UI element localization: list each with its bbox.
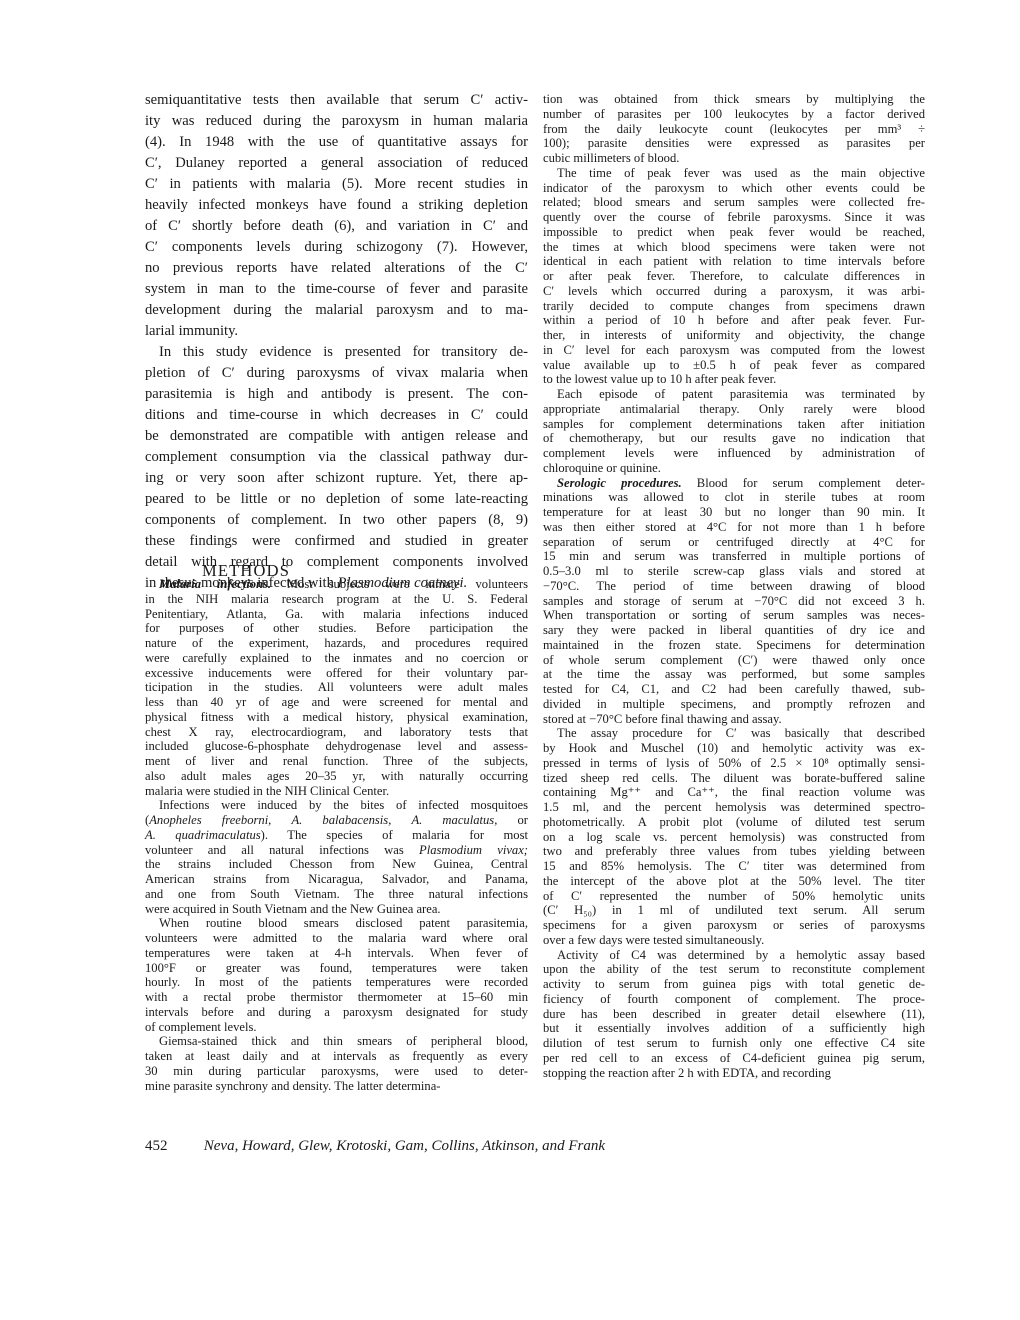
text-line: malaria were studied in the NIH Clinical…	[145, 784, 528, 799]
text-line: When transportation or sorting of serum …	[543, 608, 925, 623]
text-line: semiquantitative tests then available th…	[145, 90, 528, 111]
text-line: in the NIH malaria research program at t…	[145, 592, 528, 607]
text-line: tion was obtained from thick smears by m…	[543, 92, 925, 107]
text-line: temperature for at least 30 but no longe…	[543, 505, 925, 520]
run-in-heading: Malaria infections.	[159, 577, 271, 591]
text-line: of whole serum complement (C′) were thaw…	[543, 653, 925, 668]
text-line: of C′ shortly before death (6), and vari…	[145, 216, 528, 237]
text-line: volunteer and all natural infections was…	[145, 843, 528, 858]
text-line: of complement levels.	[145, 1020, 528, 1035]
left-column-methods: Malaria infections. Most subjects were i…	[145, 577, 528, 1093]
text-line: complement levels were influenced by adm…	[543, 446, 925, 461]
text-line: ity was reduced during the paroxysm in h…	[145, 111, 528, 132]
text-line: Serologic procedures. Blood for serum co…	[543, 476, 925, 491]
paragraph: Infections were induced by the bites of …	[145, 798, 528, 916]
text-line: volunteers were admitted to the malaria …	[145, 931, 528, 946]
text-line: related; blood smears and serum samples …	[543, 195, 925, 210]
text-line: to the lowest value up to 10 h after pea…	[543, 372, 925, 387]
text-line: 15 and 85% hemolysis. The C′ titer was d…	[543, 859, 925, 874]
text-line: In this study evidence is presented for …	[145, 342, 528, 363]
left-column-intro: semiquantitative tests then available th…	[145, 90, 528, 594]
text-line: appropriate antimalarial therapy. Only r…	[543, 402, 925, 417]
text-line: less than 40 yr of age and were screened…	[145, 695, 528, 710]
text-line: per red cell to an excess of C4-deficien…	[543, 1051, 925, 1066]
text-line: value available up to ±0.5 h of peak fev…	[543, 358, 925, 373]
text-line: mine parasite synchrony and density. The…	[145, 1079, 528, 1094]
text-line: ticipation in the studies. All volunteer…	[145, 680, 528, 695]
text-line: indicator of the paroxysm to which other…	[543, 181, 925, 196]
text-line: chloroquine or quinine.	[543, 461, 925, 476]
paragraph: Activity of C4 was determined by a hemol…	[543, 948, 925, 1081]
text-line: C′, Dulaney reported a general associati…	[145, 153, 528, 174]
text-line: 100°F or greater was found, temperatures…	[145, 961, 528, 976]
text-line: were carefully explained to the inmates …	[145, 651, 528, 666]
text-line: system in man to the time-course of feve…	[145, 279, 528, 300]
text-line: nature of the experiment, hazards, and p…	[145, 636, 528, 651]
text-line: stored at −70°C before final thawing and…	[543, 712, 925, 727]
text-line: dilution of test serum to furnish only o…	[543, 1036, 925, 1051]
run-in-heading: Serologic procedures.	[557, 476, 682, 490]
text-line: but it essentially involves addition of …	[543, 1021, 925, 1036]
text-line: ing or very soon after schizont rupture.…	[145, 468, 528, 489]
text-line: tized sheep red cells. The diluent was b…	[543, 771, 925, 786]
text-line: components of complement. In two other p…	[145, 510, 528, 531]
text-line: on a log scale vs. percent hemolysis) wa…	[543, 830, 925, 845]
text-line: heavily infected monkeys have found a st…	[145, 195, 528, 216]
paragraph: When routine blood smears disclosed pate…	[145, 916, 528, 1034]
text-line: sary they were packed in liberal quantit…	[543, 623, 925, 638]
page-footer: 452 Neva, Howard, Glew, Krotoski, Gam, C…	[145, 1138, 605, 1155]
text-line: impossible to predict when peak fever wo…	[543, 225, 925, 240]
text-line: chest X ray, electrocardiogram, and labo…	[145, 725, 528, 740]
text-line: physical fitness with a medical history,…	[145, 710, 528, 725]
text-line: 1.5 ml, and the percent hemolysis was de…	[543, 800, 925, 815]
text-line: with a rectal probe thermistor thermomet…	[145, 990, 528, 1005]
text-line: upon the ability of the test serum to re…	[543, 962, 925, 977]
text-line: for purposes of other studies. Before pa…	[145, 621, 528, 636]
text-line: ditions and time-course in which decreas…	[145, 405, 528, 426]
text-line: complement consumption via the classical…	[145, 447, 528, 468]
text-line: specimens for a given paroxysm or series…	[543, 918, 925, 933]
text-line: American strains from Nicaragua, Salvado…	[145, 872, 528, 887]
text-line: The assay procedure for C′ was basically…	[543, 726, 925, 741]
text-line: Each episode of patent parasitemia was t…	[543, 387, 925, 402]
paragraph: semiquantitative tests then available th…	[145, 90, 528, 342]
text-line: quently over the course of febrile parox…	[543, 210, 925, 225]
text-line: separation of serum or centrifuged direc…	[543, 535, 925, 550]
text-line: containing Mg⁺⁺ and Ca⁺⁺, the final reac…	[543, 785, 925, 800]
text-line: also adult males ages 20–35 yr, with nat…	[145, 769, 528, 784]
text-line: 100); parasite densities were expressed …	[543, 136, 925, 151]
text-line: from the daily leukocyte count (leukocyt…	[543, 122, 925, 137]
text-line: maintained in the frozen state. Specimen…	[543, 638, 925, 653]
text-line: The time of peak fever was used as the m…	[543, 166, 925, 181]
text-line: the strains included Chesson from New Gu…	[145, 857, 528, 872]
text-line: stopping the reaction after 2 h with EDT…	[543, 1066, 925, 1081]
text-line: in C′ level for each paroxysm was comput…	[543, 343, 925, 358]
text-line: C′ components levels during schizogony (…	[145, 237, 528, 258]
text-line: pressed in terms of lysis of 50% of 2.5 …	[543, 756, 925, 771]
text-line: samples for complement determinations ta…	[543, 417, 925, 432]
text-line: ment of liver and renal function. Three …	[145, 754, 528, 769]
text-line: (4). In 1948 with the use of quantitativ…	[145, 132, 528, 153]
text-line: by Hook and Muschel (10) and hemolytic a…	[543, 741, 925, 756]
text-line: pletion of C′ during paroxysms of vivax …	[145, 363, 528, 384]
text-line: at the time the assay was performed, but…	[543, 667, 925, 682]
text-line: Penitentiary, Atlanta, Ga. with malaria …	[145, 607, 528, 622]
text-line: Infections were induced by the bites of …	[145, 798, 528, 813]
text-line: 30 min during particular paroxysms, were…	[145, 1064, 528, 1079]
text-line: were acquired in South Vietnam and the N…	[145, 902, 528, 917]
text-line: be demonstrated are compatible with anti…	[145, 426, 528, 447]
paragraph: Giemsa-stained thick and thin smears of …	[145, 1034, 528, 1093]
text-line: (C′ H₅₀) in 1 ml of undiluted text serum…	[543, 903, 925, 918]
text-line: parasitemia is high and antibody is pres…	[145, 384, 528, 405]
paragraph: The time of peak fever was used as the m…	[543, 166, 925, 387]
text-line: Giemsa-stained thick and thin smears of …	[145, 1034, 528, 1049]
text-line: of chemotherapy, but our results gave no…	[543, 431, 925, 446]
paragraph: tion was obtained from thick smears by m…	[543, 92, 925, 166]
paragraph: The assay procedure for C′ was basically…	[543, 726, 925, 947]
text-line: these findings were confirmed and studie…	[145, 531, 528, 552]
text-line: tested for C4, C1, and C2 had been caref…	[543, 682, 925, 697]
paragraph: Serologic procedures. Blood for serum co…	[543, 476, 925, 727]
text-line: excessive inducements were offered for t…	[145, 666, 528, 681]
paragraph: Each episode of patent parasitemia was t…	[543, 387, 925, 476]
running-footer-authors: Neva, Howard, Glew, Krotoski, Gam, Colli…	[204, 1138, 605, 1154]
text-line: ther, in interests of uniformity and obj…	[543, 328, 925, 343]
text-line: activity to serum from guinea pigs with …	[543, 977, 925, 992]
text-line: identical in each patient with relation …	[543, 254, 925, 269]
text-line: number of parasites per 100 leukocytes b…	[543, 107, 925, 122]
text-line: C′ in patients with malaria (5). More re…	[145, 174, 528, 195]
text-line: (Anopheles freeborni, A. balabacensis, A…	[145, 813, 528, 828]
text-line: 0.5–3.0 ml to sterile screw-cap glass vi…	[543, 564, 925, 579]
text-line: divided in multiple specimens, and promp…	[543, 697, 925, 712]
text-line: When routine blood smears disclosed pate…	[145, 916, 528, 931]
text-line: within a period of 10 h before and after…	[543, 313, 925, 328]
text-line: minations was allowed to clot in sterile…	[543, 490, 925, 505]
text-line: the times at which blood specimens were …	[543, 240, 925, 255]
text-line: two and preferably three values from tub…	[543, 844, 925, 859]
text-line: intervals before and during a paroxysm d…	[145, 1005, 528, 1020]
paragraph: In this study evidence is presented for …	[145, 342, 528, 594]
right-column: tion was obtained from thick smears by m…	[543, 92, 925, 1080]
text-line: over a few days were tested simultaneous…	[543, 933, 925, 948]
text-line: hourly. In most of the patients temperat…	[145, 975, 528, 990]
text-line: cubic millimeters of blood.	[543, 151, 925, 166]
text-line: trarily decided to compute changes from …	[543, 299, 925, 314]
text-line: was then either stored at 4°C for not mo…	[543, 520, 925, 535]
text-line: of C′ represented the number of 50% hemo…	[543, 889, 925, 904]
text-line: temperatures were taken at 4-h intervals…	[145, 946, 528, 961]
text-line: dure has been described in greater detai…	[543, 1007, 925, 1022]
text-line: the intercept of the above plot at the 5…	[543, 874, 925, 889]
text-line: Activity of C4 was determined by a hemol…	[543, 948, 925, 963]
text-line: no previous reports have related alterat…	[145, 258, 528, 279]
text-line: peared to be little or no depletion of s…	[145, 489, 528, 510]
text-line: A. quadrimaculatus). The species of mala…	[145, 828, 528, 843]
text-line: larial immunity.	[145, 321, 528, 342]
text-line: included glucose-6-phosphate dehydrogena…	[145, 739, 528, 754]
page-number: 452	[145, 1138, 200, 1155]
text-line: taken at least daily and at intervals as…	[145, 1049, 528, 1064]
text-line: C′ levels which occurred during a paroxy…	[543, 284, 925, 299]
text-line: photometrically. A probit plot (volume o…	[543, 815, 925, 830]
text-line: Malaria infections. Most subjects were i…	[145, 577, 528, 592]
text-line: ficiency of fourth component of compleme…	[543, 992, 925, 1007]
paragraph: Malaria infections. Most subjects were i…	[145, 577, 528, 798]
text-line: samples and storage of serum at −70°C di…	[543, 594, 925, 609]
text-line: or after peak fever. Therefore, to calcu…	[543, 269, 925, 284]
text-line: −70°C. The period of time between drawin…	[543, 579, 925, 594]
text-line: 15 min and serum was transferred in mult…	[543, 549, 925, 564]
text-line: development during the malarial paroxysm…	[145, 300, 528, 321]
text-line: and one from South Vietnam. The three na…	[145, 887, 528, 902]
